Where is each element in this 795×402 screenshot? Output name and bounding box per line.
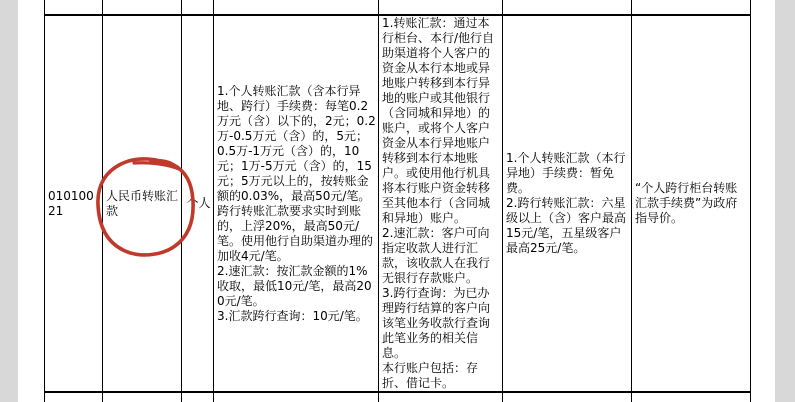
empty-cell xyxy=(379,0,503,15)
empty-cell xyxy=(45,392,103,402)
empty-cell xyxy=(379,392,503,402)
empty-cell xyxy=(503,392,632,402)
empty-cell xyxy=(632,0,751,15)
table-row-next xyxy=(45,392,751,402)
bank-fee-table: 01010021 人民币转账汇款 个人 1.个人转账汇款（含本行异地、跨行）手续… xyxy=(44,0,751,402)
empty-cell xyxy=(632,392,751,402)
cell-fee-standard: 1.个人转账汇款（含本行异地、跨行）手续费：每笔0.2万元（含）以下的，2元；0… xyxy=(214,15,379,392)
right-page-gutter xyxy=(775,0,795,402)
cell-service-name: 人民币转账汇款 xyxy=(103,15,182,392)
cell-service-description: 1.转账汇款：通过本行柜台、本行/他行自助渠道将个人客户的资金从本行本地或异地账… xyxy=(379,15,503,392)
empty-cell xyxy=(182,392,214,402)
cell-pricing-remark: “个人跨行柜台转账汇款手续费”为政府指导价。 xyxy=(632,15,751,392)
left-page-gutter xyxy=(0,0,18,402)
cell-service-code: 01010021 xyxy=(45,15,103,392)
empty-cell xyxy=(103,0,182,15)
cell-discount-policy: 1.个人转账汇款（本行异地）手续费：暂免费。 2.跨行转账汇款：六星级以上（含）… xyxy=(503,15,632,392)
table-row-main: 01010021 人民币转账汇款 个人 1.个人转账汇款（含本行异地、跨行）手续… xyxy=(45,15,751,392)
table-row-previous xyxy=(45,0,751,15)
empty-cell xyxy=(503,0,632,15)
empty-cell xyxy=(214,392,379,402)
empty-cell xyxy=(45,0,103,15)
empty-cell xyxy=(103,392,182,402)
cell-customer-type: 个人 xyxy=(182,15,214,392)
empty-cell xyxy=(214,0,379,15)
empty-cell xyxy=(182,0,214,15)
